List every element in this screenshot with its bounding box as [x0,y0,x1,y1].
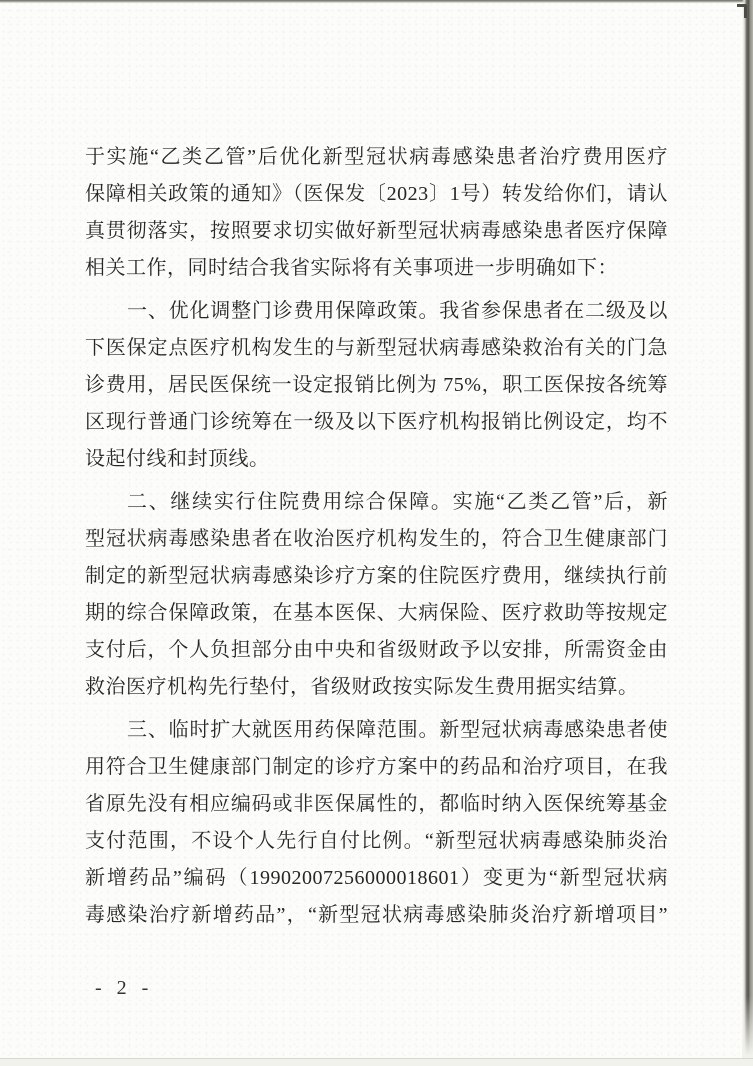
text-line: 期的综合保障政策，在基本医保、大病保险、医疗救助等按规定 [85,595,668,632]
paragraph-intro: 于实施“乙类乙管”后优化新型冠状病毒感染患者治疗费用医疗 保障相关政策的通知》（… [85,139,668,287]
scan-bottom-edge [0,1058,753,1066]
text-line: 下医保定点医疗机构发生的与新型冠状病毒感染救治有关的门急 [85,330,668,367]
text-line: 一、优化调整门诊费用保障政策。我省参保患者在二级及以 [85,293,668,330]
paragraph-item-1: 一、优化调整门诊费用保障政策。我省参保患者在二级及以 下医保定点医疗机构发生的与… [85,293,668,478]
text-line: 诊费用，居民医保统一设定报销比例为 75%，职工医保按各统筹 [85,367,668,404]
scan-edge-top [0,0,753,4]
text-line: 新增药品”编码（19902007256000018601）变更为“新型冠状病 [85,860,668,897]
paragraph-item-2: 二、继续实行住院费用综合保障。实施“乙类乙管”后，新 型冠状病毒感染患者在收治医… [85,484,668,706]
scan-page: 于实施“乙类乙管”后优化新型冠状病毒感染患者治疗费用医疗 保障相关政策的通知》（… [0,0,753,1066]
text-line: 保障相关政策的通知》（医保发〔2023〕1号）转发给你们，请认 [85,176,668,213]
text-line: 省原先没有相应编码或非医保属性的，都临时纳入医保统筹基金 [85,786,668,823]
text-line: 区现行普通门诊统筹在一级及以下医疗机构报销比例设定，均不 [85,404,668,441]
text-line: 真贯彻落实，按照要求切实做好新型冠状病毒感染患者医疗保障 [85,213,668,250]
scan-edge-right [742,0,753,1066]
text-line: 二、继续实行住院费用综合保障。实施“乙类乙管”后，新 [85,484,668,521]
text-line: 三、临时扩大就医用药保障范围。新型冠状病毒感染患者使 [85,712,668,749]
paragraph-item-3: 三、临时扩大就医用药保障范围。新型冠状病毒感染患者使 用符合卫生健康部门制定的诊… [85,712,668,934]
text-line: 用符合卫生健康部门制定的诊疗方案中的药品和治疗项目，在我 [85,749,668,786]
text-line: 相关工作，同时结合我省实际将有关事项进一步明确如下： [85,250,668,287]
text-line: 支付范围，不设个人先行自付比例。“新型冠状病毒感染肺炎治疗 [85,823,668,860]
page-number: - 2 - [95,977,153,1000]
text-line: 救治医疗机构先行垫付，省级财政按实际发生费用据实结算。 [85,669,668,706]
scan-corner-mark [737,4,747,18]
text-line: 于实施“乙类乙管”后优化新型冠状病毒感染患者治疗费用医疗 [85,139,668,176]
text-line: 支付后，个人负担部分由中央和省级财政予以安排，所需资金由 [85,632,668,669]
text-line: 设起付线和封顶线。 [85,441,668,478]
document-body: 于实施“乙类乙管”后优化新型冠状病毒感染患者治疗费用医疗 保障相关政策的通知》（… [85,139,668,934]
text-line: 毒感染治疗新增药品”，“新型冠状病毒感染肺炎治疗新增项目” [85,897,668,934]
text-line: 制定的新型冠状病毒感染诊疗方案的住院医疗费用，继续执行前 [85,558,668,595]
text-line: 型冠状病毒感染患者在收治医疗机构发生的，符合卫生健康部门 [85,521,668,558]
